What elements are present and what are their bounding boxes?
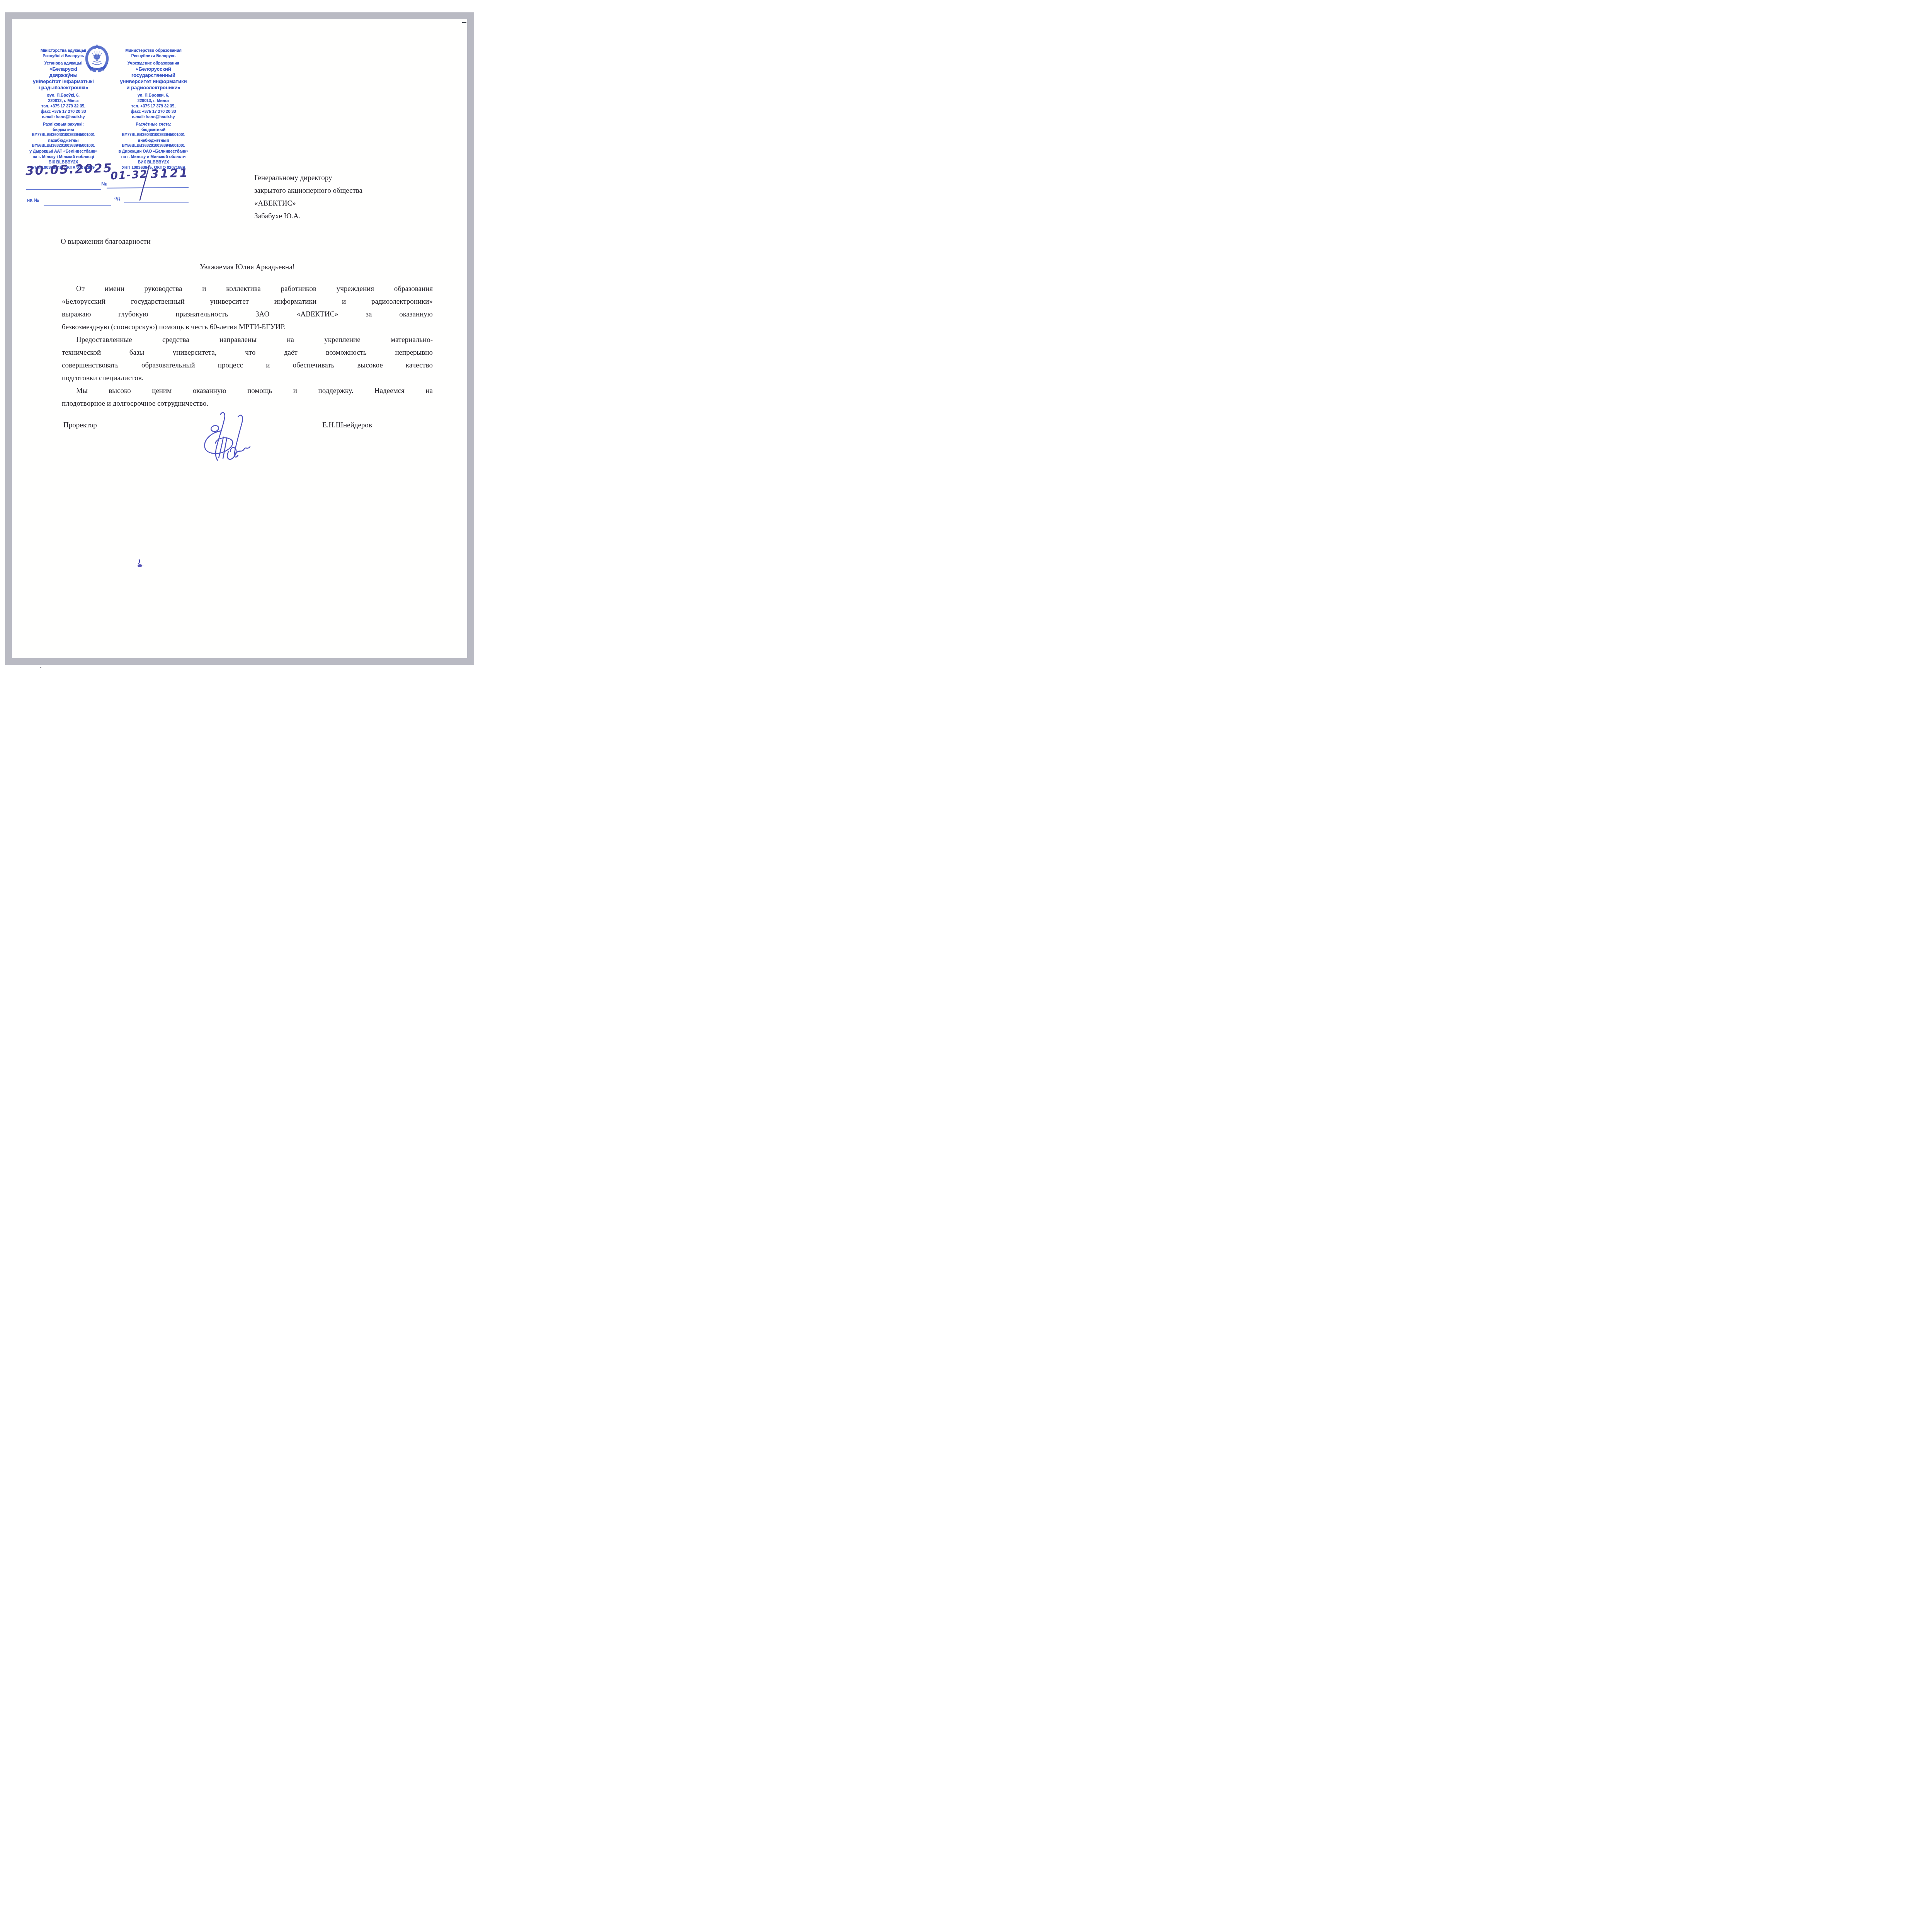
university-name-line: і радыёэлектронікі» [22, 85, 105, 91]
reply-to-number-label: на № [27, 197, 39, 203]
scan-speck [143, 565, 143, 566]
recipient-block: Генеральному директору закрытого акционе… [254, 172, 362, 223]
accounts-title: Разліковыя рахункі: [22, 122, 105, 127]
recipient-line: Забабухе Ю.А. [254, 210, 362, 223]
account-line: бюджэтны [22, 127, 105, 133]
bank-line: па г. Мінску і Мінскай вобласці [22, 154, 105, 160]
recipient-line: «АВЕКТИС» [254, 197, 362, 210]
recipient-line: Генеральному директору [254, 172, 362, 184]
email-line: e-mail: kanc@bsuir.by [22, 114, 105, 120]
handwritten-signature-icon [200, 409, 256, 465]
body-line: совершенствовать образовательный процесс… [62, 359, 433, 372]
fax-line: факс +375 17 270 20 33 [111, 109, 196, 114]
university-name-line: государственный [111, 72, 196, 78]
body-line: От имени руководства и коллектива работн… [62, 282, 433, 295]
scan-speck [40, 667, 41, 668]
scan-artifact-dash [462, 22, 466, 23]
body-line: Мы высоко ценим оказанную помощь и подде… [62, 384, 433, 397]
handwritten-outgoing-number: 3121 [150, 166, 189, 181]
signer-position: Проректор [63, 421, 97, 430]
bank-line: у Дырэкцыі ААТ «Белінвестбанк» [22, 149, 105, 154]
address-line: 220013, г. Минск [111, 98, 196, 104]
university-name-line: універсітэт інфарматыкі [22, 78, 105, 85]
body-line: технической базы университета, что даёт … [62, 346, 433, 359]
reply-date-underline [124, 202, 189, 203]
letter-body: От имени руководства и коллектива работн… [62, 282, 433, 410]
body-line: плодотворное и долгосрочное сотрудничест… [62, 397, 433, 410]
address-line: 220013, г. Мінск [22, 98, 105, 104]
phone-line: тэл. +375 17 379 32 35, [22, 104, 105, 109]
signer-name: Е.Н.Шнейдеров [322, 421, 372, 430]
bik-line: БИК BLBBBY2X [111, 160, 196, 165]
org-type-line: Учреждение образования [111, 61, 196, 66]
university-name-line: и радиоэлектроники» [111, 85, 196, 91]
bank-line: по г. Минску и Минской области [111, 154, 196, 160]
ministry-line: Министерство образования [111, 48, 196, 53]
ink-blot-artifact [136, 559, 145, 569]
date-underline [26, 189, 101, 190]
scanned-letter-page: Міністэрства адукацыі Рэспублікі Беларус… [0, 0, 479, 678]
belarus-state-emblem-icon [84, 43, 110, 73]
email-line: e-mail: kanc@bsuir.by [111, 114, 196, 120]
university-name-line: «Белорусский [111, 66, 196, 72]
subject-line: О выражении благодарности [61, 238, 151, 246]
body-line: подготовки специалистов. [62, 372, 433, 384]
account-number: BY56BLBB36320100363945001001 [111, 143, 196, 149]
account-line: бюджетный [111, 127, 196, 133]
address-line: ул. П.Бровки, 6, [111, 93, 196, 98]
body-line: безвозмездную (спонсорскую) помощь в чес… [62, 321, 433, 333]
accounts-title: Расчётные счета: [111, 122, 196, 127]
account-number: BY77BLBB36040100363945001001 [22, 133, 105, 138]
number-sign-label: № [101, 181, 107, 187]
recipient-line: закрытого акционерного общества [254, 184, 362, 197]
body-line: Предоставленные средства направлены на у… [62, 333, 433, 346]
phone-line: тел. +375 17 379 32 35, [111, 104, 196, 109]
account-line: внебюджетный [111, 138, 196, 143]
account-number: BY56BLBB36320100363945001001 [22, 143, 105, 149]
salutation-line: Уважаемая Юлия Аркадьевна! [62, 263, 433, 272]
address-line: вул. П.Броўкі, 6, [22, 93, 105, 98]
ministry-line: Республики Беларусь [111, 53, 196, 59]
body-line: выражаю глубокую признательность ЗАО «АВ… [62, 308, 433, 321]
body-line: «Белорусский государственный университет… [62, 295, 433, 308]
account-number: BY77BLBB36040100363945001001 [111, 133, 196, 138]
reply-number-underline [44, 205, 111, 206]
letterhead-russian-column: Министерство образования Республики Бела… [111, 48, 196, 170]
bank-line: в Дирекции ОАО «Белинвестбанк» [111, 149, 196, 154]
fax-line: факс +375 17 270 20 33 [22, 109, 105, 114]
reply-from-date-label: ад [114, 195, 120, 201]
handwritten-slash [136, 164, 153, 202]
university-name-line: университет информатики [111, 78, 196, 85]
account-line: пазабюджэтны [22, 138, 105, 143]
